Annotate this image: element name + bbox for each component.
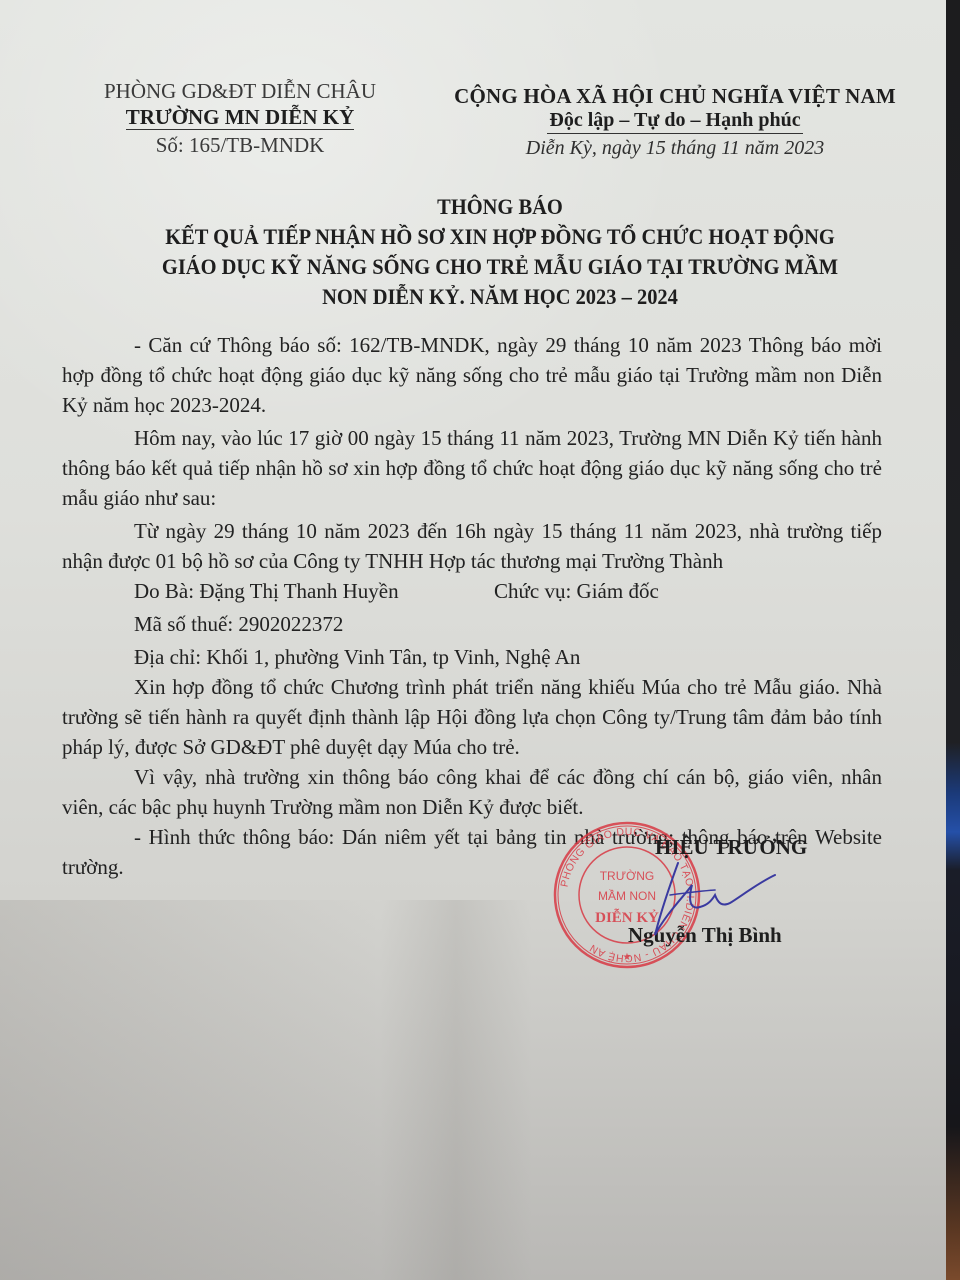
school-name: TRƯỜNG MN DIỄN KỶ [126, 105, 354, 130]
representative-position: Chức vụ: Giám đốc [494, 576, 659, 606]
paragraph-request: Xin hợp đồng tổ chức Chương trình phát t… [62, 672, 882, 762]
national-motto: Độc lập – Tự do – Hạnh phúc [547, 109, 802, 134]
paragraph-announcement: Hôm nay, vào lúc 17 giờ 00 ngày 15 tháng… [62, 423, 882, 513]
tax-code: Mã số thuế: 2902022372 [62, 609, 882, 639]
issuing-authority-header: PHÒNG GD&ĐT DIỄN CHÂU TRƯỜNG MN DIỄN KỶ … [80, 78, 400, 158]
handwritten-signature-icon [640, 855, 780, 945]
title-line: THÔNG BÁO [128, 192, 872, 222]
address: Địa chỉ: Khối 1, phường Vinh Tân, tp Vin… [62, 642, 882, 672]
paragraph-publication: Vì vậy, nhà trường xin thông báo công kh… [62, 762, 882, 822]
title-line: KẾT QUẢ TIẾP NHẬN HỒ SƠ XIN HỢP ĐỒNG TỔ … [128, 222, 872, 252]
document-title: THÔNG BÁO KẾT QUẢ TIẾP NHẬN HỒ SƠ XIN HỢ… [128, 192, 872, 312]
representative-name: Do Bà: Đặng Thị Thanh Huyền [134, 576, 494, 606]
background-desk-edge [946, 0, 960, 1280]
document-number: Số: 165/TB-MNDK [80, 132, 400, 158]
national-header: CỘNG HÒA XÃ HỘI CHỦ NGHĨA VIỆT NAM Độc l… [445, 83, 905, 161]
paragraph-receipt: Từ ngày 29 tháng 10 năm 2023 đến 16h ngà… [62, 516, 882, 576]
representative-row: Do Bà: Đặng Thị Thanh Huyền Chức vụ: Giá… [62, 576, 882, 606]
document-page: PHÒNG GD&ĐT DIỄN CHÂU TRƯỜNG MN DIỄN KỶ … [0, 0, 950, 1280]
department-name: PHÒNG GD&ĐT DIỄN CHÂU [80, 78, 400, 104]
svg-text:★: ★ [623, 952, 632, 963]
paragraph-basis: - Căn cứ Thông báo số: 162/TB-MNDK, ngày… [62, 330, 882, 420]
nation-name: CỘNG HÒA XÃ HỘI CHỦ NGHĨA VIỆT NAM [445, 83, 905, 109]
title-line: GIÁO DỤC KỸ NĂNG SỐNG CHO TRẺ MẪU GIÁO T… [128, 252, 872, 282]
document-body: - Căn cứ Thông báo số: 162/TB-MNDK, ngày… [62, 330, 882, 882]
place-date: Diễn Kỳ, ngày 15 tháng 11 năm 2023 [445, 135, 905, 161]
title-line: NON DIỄN KỶ. NĂM HỌC 2023 – 2024 [128, 282, 872, 312]
